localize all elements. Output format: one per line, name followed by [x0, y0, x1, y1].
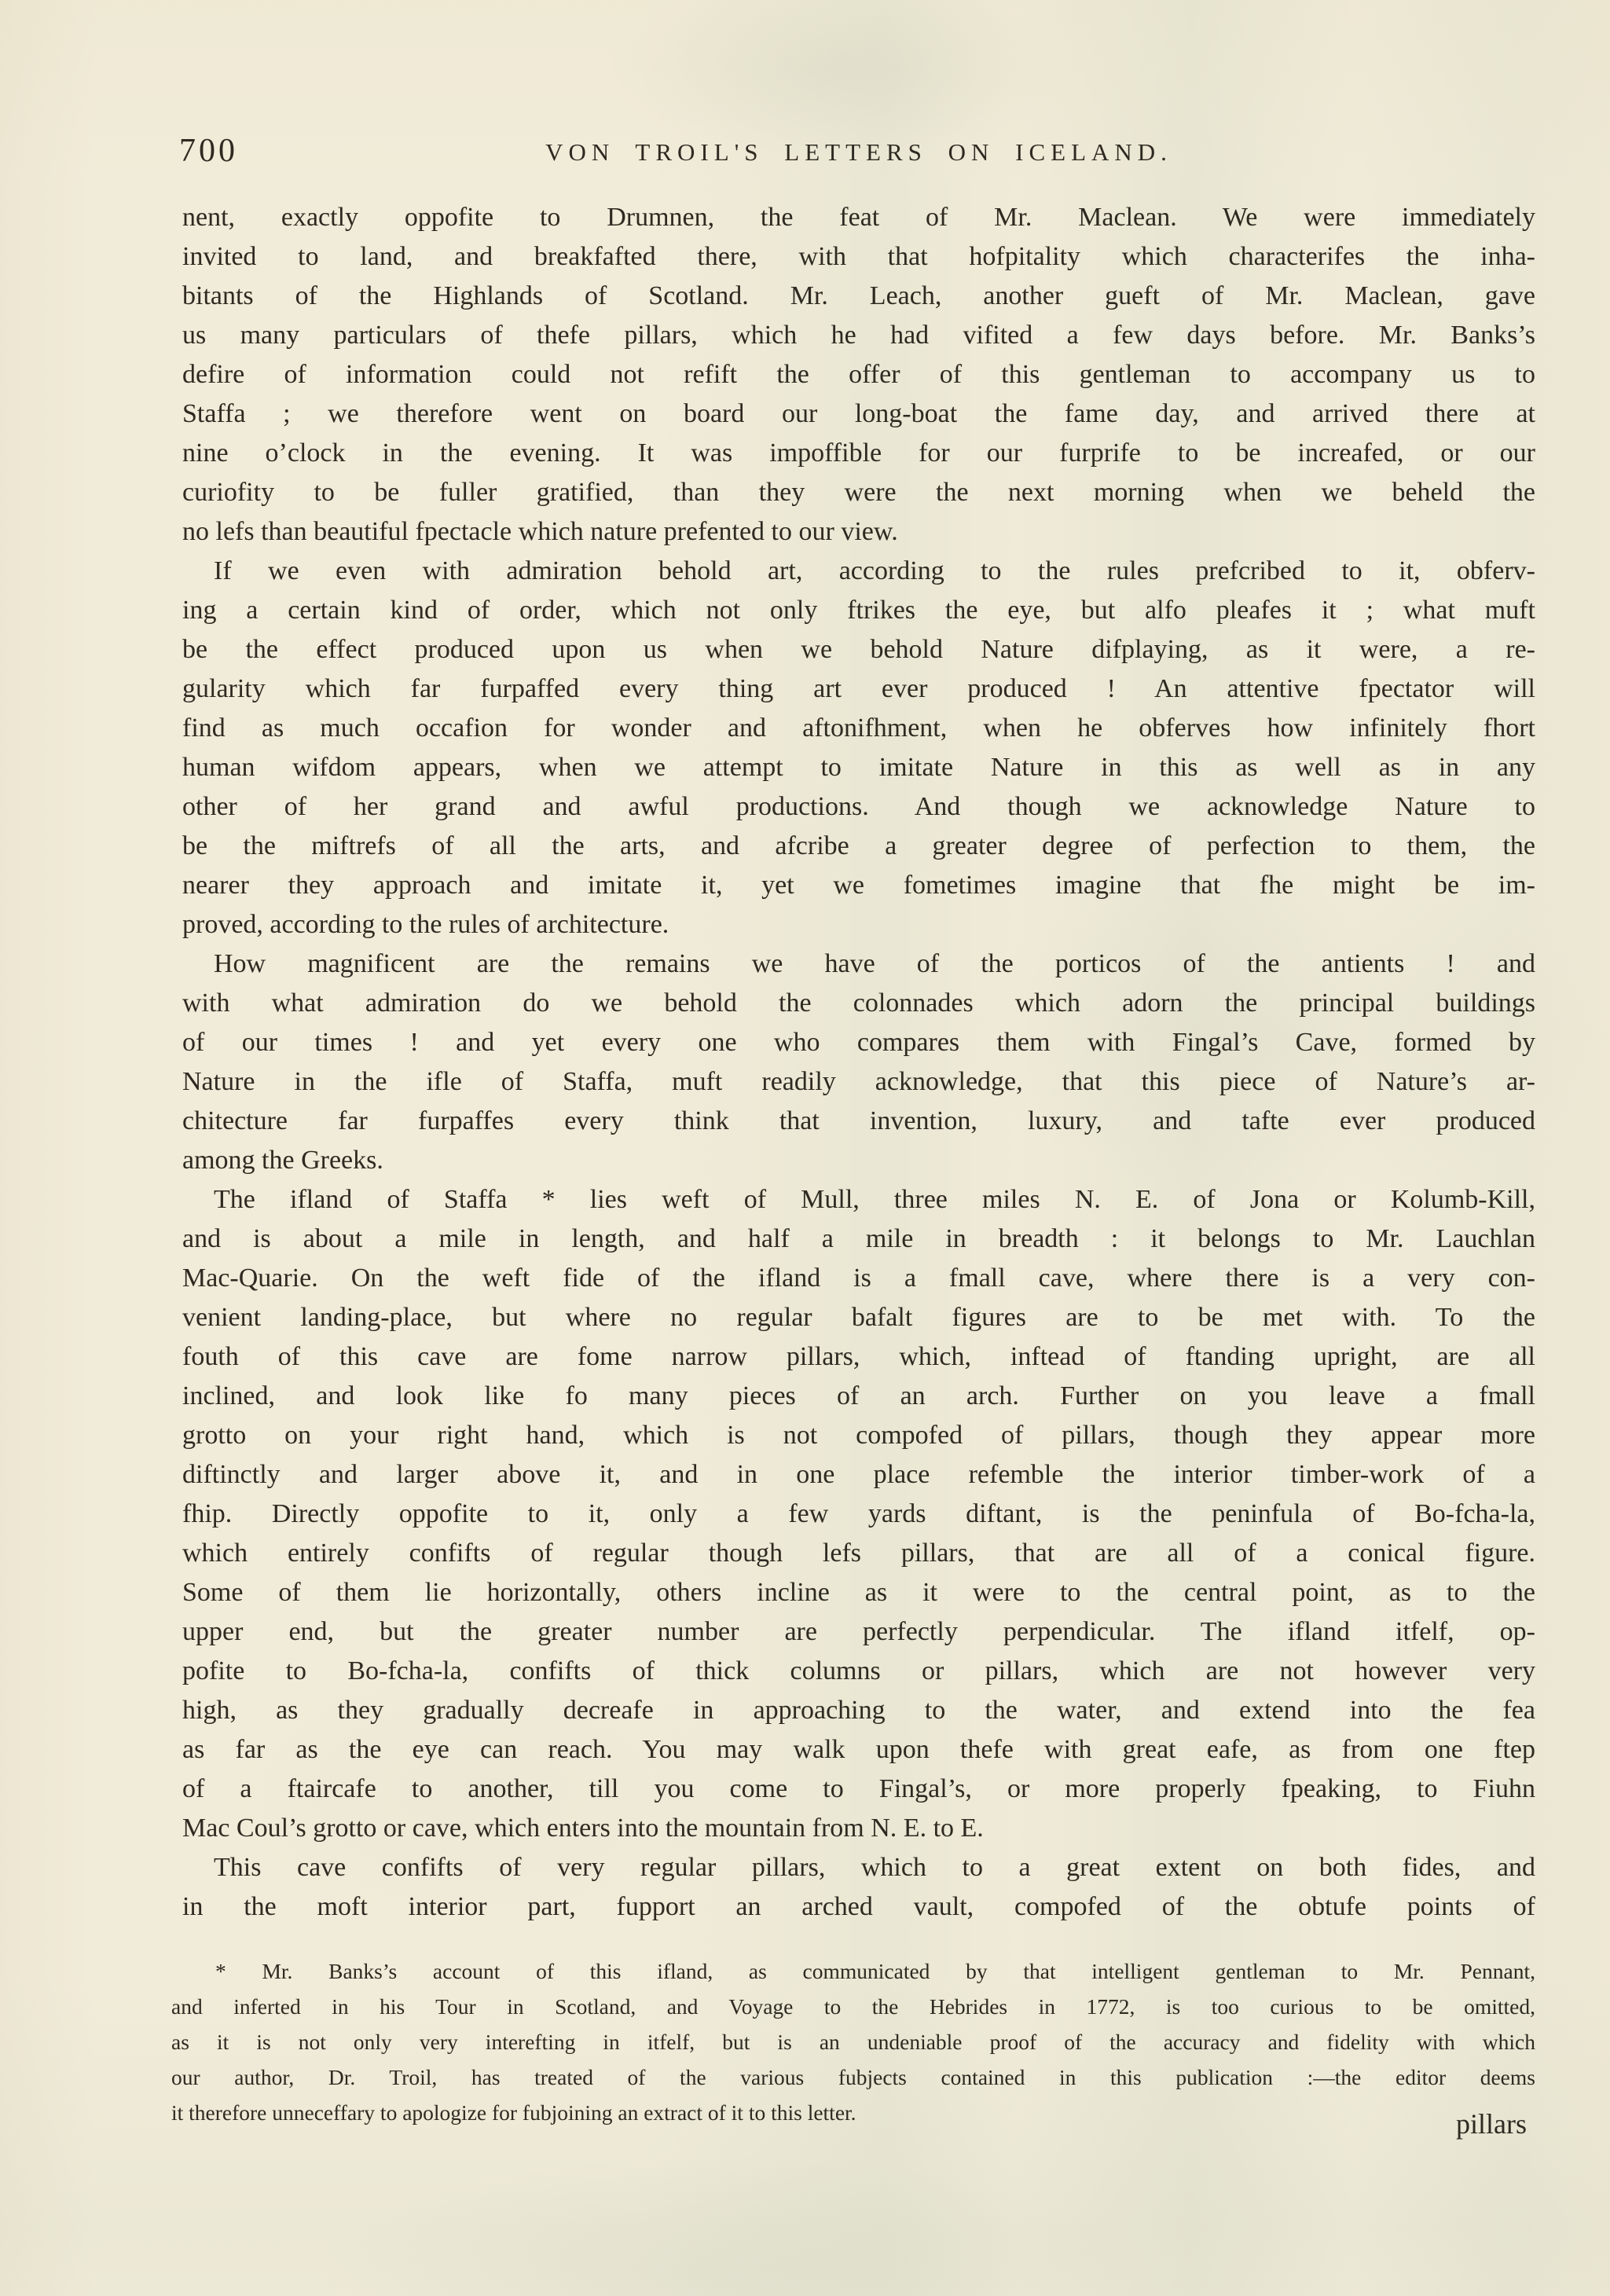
text-line: be the miftrefs of all the arts, and afc…	[182, 827, 1535, 866]
text-line: fouth of this cave are fome narrow pilla…	[182, 1337, 1535, 1377]
text-line: Some of them lie horizontally, others in…	[182, 1573, 1535, 1612]
text-line: nearer they approach and imitate it, yet…	[182, 866, 1535, 905]
text-line: Nature in the ifle of Staffa, muft readi…	[182, 1062, 1535, 1102]
text-line: How magnificent are the remains we have …	[182, 944, 1535, 984]
text-line: find as much occafion for wonder and aft…	[182, 709, 1535, 748]
footnote-line: our author, Dr. Troil, has treated of th…	[171, 2059, 1535, 2095]
text-line: Mac-Quarie. On the weft fide of the ifla…	[182, 1259, 1535, 1298]
text-line: other of her grand and awful productions…	[182, 787, 1535, 827]
catchword: pillars	[1456, 2107, 1527, 2140]
text-line: as far as the eye can reach. You may wal…	[182, 1730, 1535, 1770]
text-line: human wifdom appears, when we attempt to…	[182, 748, 1535, 787]
running-title: VON TROIL'S LETTERS ON ICELAND.	[182, 138, 1535, 167]
text-line: ing a certain kind of order, which not o…	[182, 591, 1535, 630]
text-line: proved, according to the rules of archit…	[182, 905, 1535, 944]
text-line: venient landing-place, but where no regu…	[182, 1298, 1535, 1337]
text-line: The ifland of Staffa * lies weft of Mull…	[182, 1180, 1535, 1220]
text-line: defire of information could not refift t…	[182, 355, 1535, 394]
text-line: nine o’clock in the evening. It was impo…	[182, 434, 1535, 473]
text-line: curiofity to be fuller gratified, than t…	[182, 473, 1535, 512]
text-line: If we even with admiration behold art, a…	[182, 552, 1535, 591]
text-line: Staffa ; we therefore went on board our …	[182, 394, 1535, 434]
body-text: nent, exactly oppofite to Drumnen, the f…	[182, 198, 1535, 1927]
text-line: and is about a mile in length, and half …	[182, 1220, 1535, 1259]
text-line: upper end, but the greater number are pe…	[182, 1612, 1535, 1652]
text-line: fhip. Directly oppofite to it, only a fe…	[182, 1495, 1535, 1534]
text-line: which entirely confifts of regular thoug…	[182, 1534, 1535, 1573]
text-line: in the moft interior part, fupport an ar…	[182, 1887, 1535, 1927]
footnote-line: as it is not only very interefting in it…	[171, 2024, 1535, 2059]
text-line: chitecture far furpaffes every think tha…	[182, 1102, 1535, 1141]
text-line: pofite to Bo-fcha-la, confifts of thick …	[182, 1652, 1535, 1691]
text-line: of our times ! and yet every one who com…	[182, 1023, 1535, 1062]
text-line: high, as they gradually decreafe in appr…	[182, 1691, 1535, 1730]
text-line: gularity which far furpaffed every thing…	[182, 669, 1535, 709]
book-page: 700 VON TROIL'S LETTERS ON ICELAND. nent…	[0, 0, 1610, 2296]
footnote: * Mr. Banks’s account of this ifland, as…	[171, 1953, 1535, 2130]
footnote-line: it therefore unneceffary to apologize fo…	[171, 2095, 1535, 2130]
text-line: with what admiration do we behold the co…	[182, 984, 1535, 1023]
text-line: among the Greeks.	[182, 1141, 1535, 1180]
text-line: nent, exactly oppofite to Drumnen, the f…	[182, 198, 1535, 237]
footnote-line: * Mr. Banks’s account of this ifland, as…	[171, 1953, 1535, 1989]
text-line: inclined, and look like fo many pieces o…	[182, 1377, 1535, 1416]
text-line: diftinctly and larger above it, and in o…	[182, 1455, 1535, 1495]
text-line: grotto on your right hand, which is not …	[182, 1416, 1535, 1455]
text-line: no lefs than beautiful fpectacle which n…	[182, 512, 1535, 552]
text-line: bitants of the Highlands of Scotland. Mr…	[182, 277, 1535, 316]
text-line: invited to land, and breakfafted there, …	[182, 237, 1535, 277]
text-line: us many particulars of thefe pillars, wh…	[182, 316, 1535, 355]
text-line: of a ftaircafe to another, till you come…	[182, 1770, 1535, 1809]
text-line: Mac Coul’s grotto or cave, which enters …	[182, 1809, 1535, 1848]
footnote-line: and inferted in his Tour in Scotland, an…	[171, 1989, 1535, 2024]
text-line: This cave confifts of very regular pilla…	[182, 1848, 1535, 1887]
text-line: be the effect produced upon us when we b…	[182, 630, 1535, 669]
